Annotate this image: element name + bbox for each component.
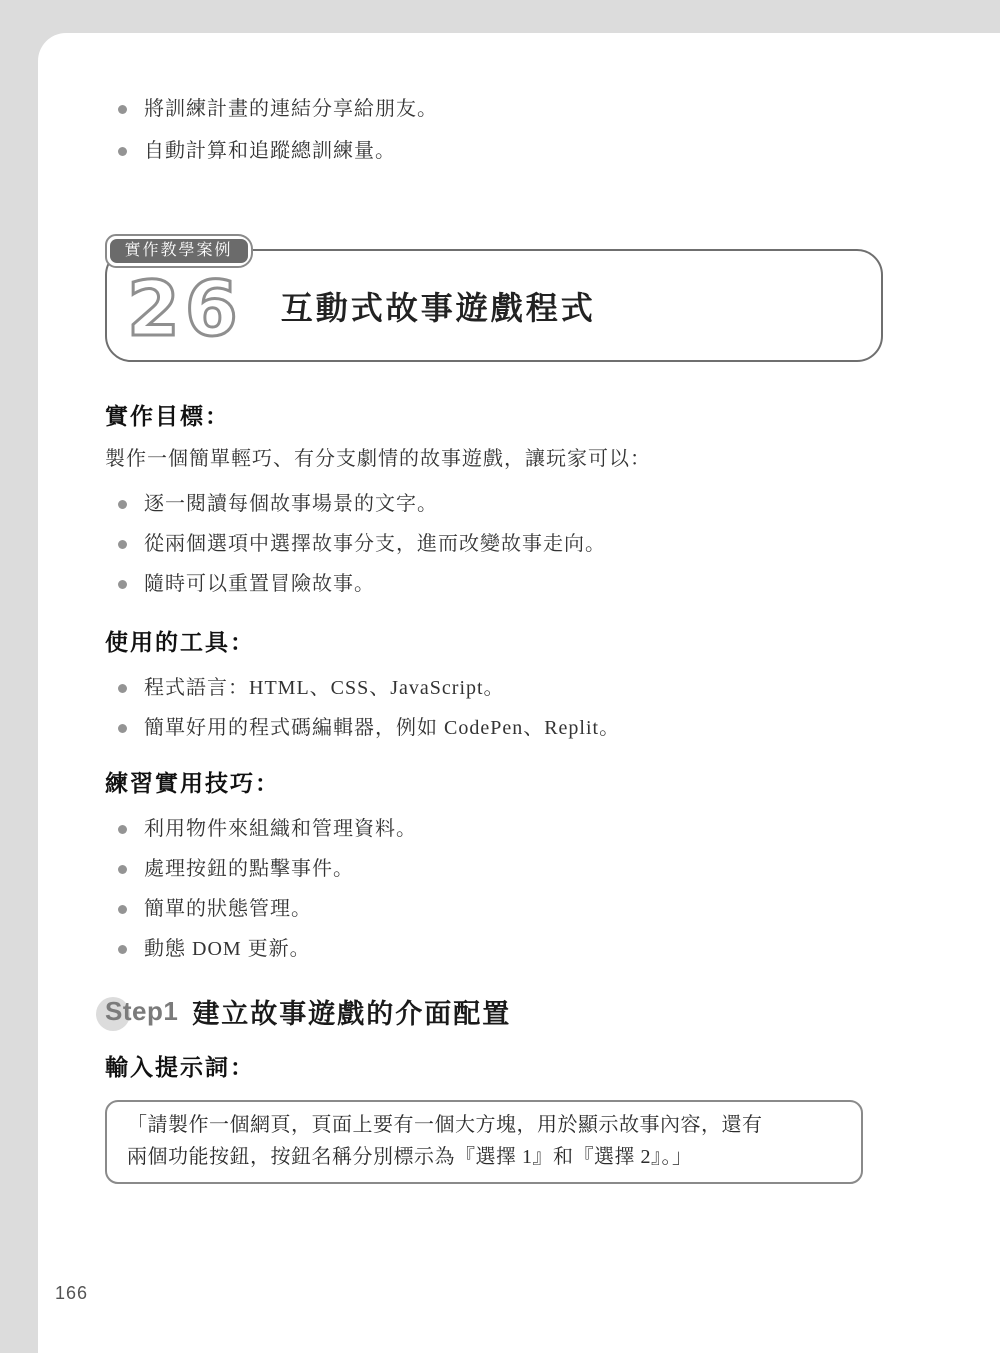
case-title: 互動式故事遊戲程式 — [281, 283, 596, 329]
bullet-text: 從兩個選項中選擇故事分支，進而改變故事走向。 — [144, 530, 606, 558]
bullet-dot-icon — [118, 500, 127, 509]
prompt-line-2: 兩個功能按鈕，按鈕名稱分別標示為『選擇 1』和『選擇 2』。」 — [127, 1141, 841, 1173]
bullet-text: 隨時可以重置冒險故事。 — [144, 570, 375, 598]
book-page: 將訓練計畫的連結分享給朋友。 自動計算和追蹤總訓練量。 實作教學案例 26 互動… — [38, 33, 1000, 1353]
section-heading-skills: 練習實用技巧： — [105, 769, 883, 799]
case-badge-outline: 實作教學案例 — [105, 234, 253, 268]
bullet-dot-icon — [118, 825, 127, 834]
list-item: 將訓練計畫的連結分享給朋友。 — [105, 95, 883, 123]
step-badge: Step1 — [105, 996, 178, 1027]
bullet-text: 程式語言：HTML、CSS、JavaScript。 — [144, 674, 505, 702]
prompt-label: 輸入提示詞： — [105, 1053, 883, 1083]
prompt-quote-box: 「請製作一個網頁，頁面上要有一個大方塊，用於顯示故事內容，還有 兩個功能按鈕，按… — [105, 1100, 863, 1184]
list-item: 簡單的狀態管理。 — [105, 895, 883, 923]
bullet-dot-icon — [118, 147, 127, 156]
case-number: 26 — [127, 265, 243, 347]
bullet-dot-icon — [118, 905, 127, 914]
bullet-dot-icon — [118, 724, 127, 733]
list-item: 簡單好用的程式碼編輯器，例如 CodePen、Replit。 — [105, 714, 883, 742]
list-item: 逐一閱讀每個故事場景的文字。 — [105, 490, 883, 518]
step-title: 建立故事遊戲的介面配置 — [192, 992, 511, 1031]
bullet-text: 利用物件來組織和管理資料。 — [144, 815, 417, 843]
skills-bullet-list: 利用物件來組織和管理資料。 處理按鈕的點擊事件。 簡單的狀態管理。 動態 DOM… — [105, 815, 883, 963]
bullet-text: 逐一閱讀每個故事場景的文字。 — [144, 490, 438, 518]
bullet-text: 動態 DOM 更新。 — [144, 935, 311, 963]
section-heading-goals: 實作目標： — [105, 402, 883, 432]
tools-bullet-list: 程式語言：HTML、CSS、JavaScript。 簡單好用的程式碼編輯器，例如… — [105, 674, 883, 742]
bullet-text: 處理按鈕的點擊事件。 — [144, 855, 354, 883]
bullet-dot-icon — [118, 684, 127, 693]
prompt-line-1: 「請製作一個網頁，頁面上要有一個大方塊，用於顯示故事內容，還有 — [127, 1109, 841, 1141]
page-content: 將訓練計畫的連結分享給朋友。 自動計算和追蹤總訓練量。 實作教學案例 26 互動… — [38, 33, 883, 1184]
bullet-dot-icon — [118, 105, 127, 114]
bullet-text: 將訓練計畫的連結分享給朋友。 — [144, 95, 438, 123]
bullet-dot-icon — [118, 540, 127, 549]
bullet-text: 簡單的狀態管理。 — [144, 895, 312, 923]
list-item: 動態 DOM 更新。 — [105, 935, 883, 963]
bullet-dot-icon — [118, 580, 127, 589]
list-item: 自動計算和追蹤總訓練量。 — [105, 137, 883, 165]
list-item: 利用物件來組織和管理資料。 — [105, 815, 883, 843]
step-heading: Step1 建立故事遊戲的介面配置 — [105, 993, 883, 1029]
goals-bullet-list: 逐一閱讀每個故事場景的文字。 從兩個選項中選擇故事分支，進而改變故事走向。 隨時… — [105, 490, 883, 598]
list-item: 處理按鈕的點擊事件。 — [105, 855, 883, 883]
page-background: { "page": { "number": "166" }, "intro_bu… — [0, 0, 1000, 1353]
case-title-box: 實作教學案例 26 互動式故事遊戲程式 — [105, 249, 883, 362]
list-item: 隨時可以重置冒險故事。 — [105, 570, 883, 598]
section-intro: 製作一個簡單輕巧、有分支劇情的故事遊戲，讓玩家可以： — [105, 444, 883, 474]
page-number: 166 — [55, 1283, 88, 1304]
bullet-text: 簡單好用的程式碼編輯器，例如 CodePen、Replit。 — [144, 714, 620, 742]
step-label: Step1 — [105, 996, 178, 1026]
section-heading-tools: 使用的工具： — [105, 628, 883, 658]
case-badge: 實作教學案例 — [110, 239, 248, 263]
bullet-dot-icon — [118, 945, 127, 954]
list-item: 從兩個選項中選擇故事分支，進而改變故事走向。 — [105, 530, 883, 558]
bullet-text: 自動計算和追蹤總訓練量。 — [144, 137, 396, 165]
bullet-dot-icon — [118, 865, 127, 874]
intro-bullet-list: 將訓練計畫的連結分享給朋友。 自動計算和追蹤總訓練量。 — [105, 95, 883, 165]
list-item: 程式語言：HTML、CSS、JavaScript。 — [105, 674, 883, 702]
